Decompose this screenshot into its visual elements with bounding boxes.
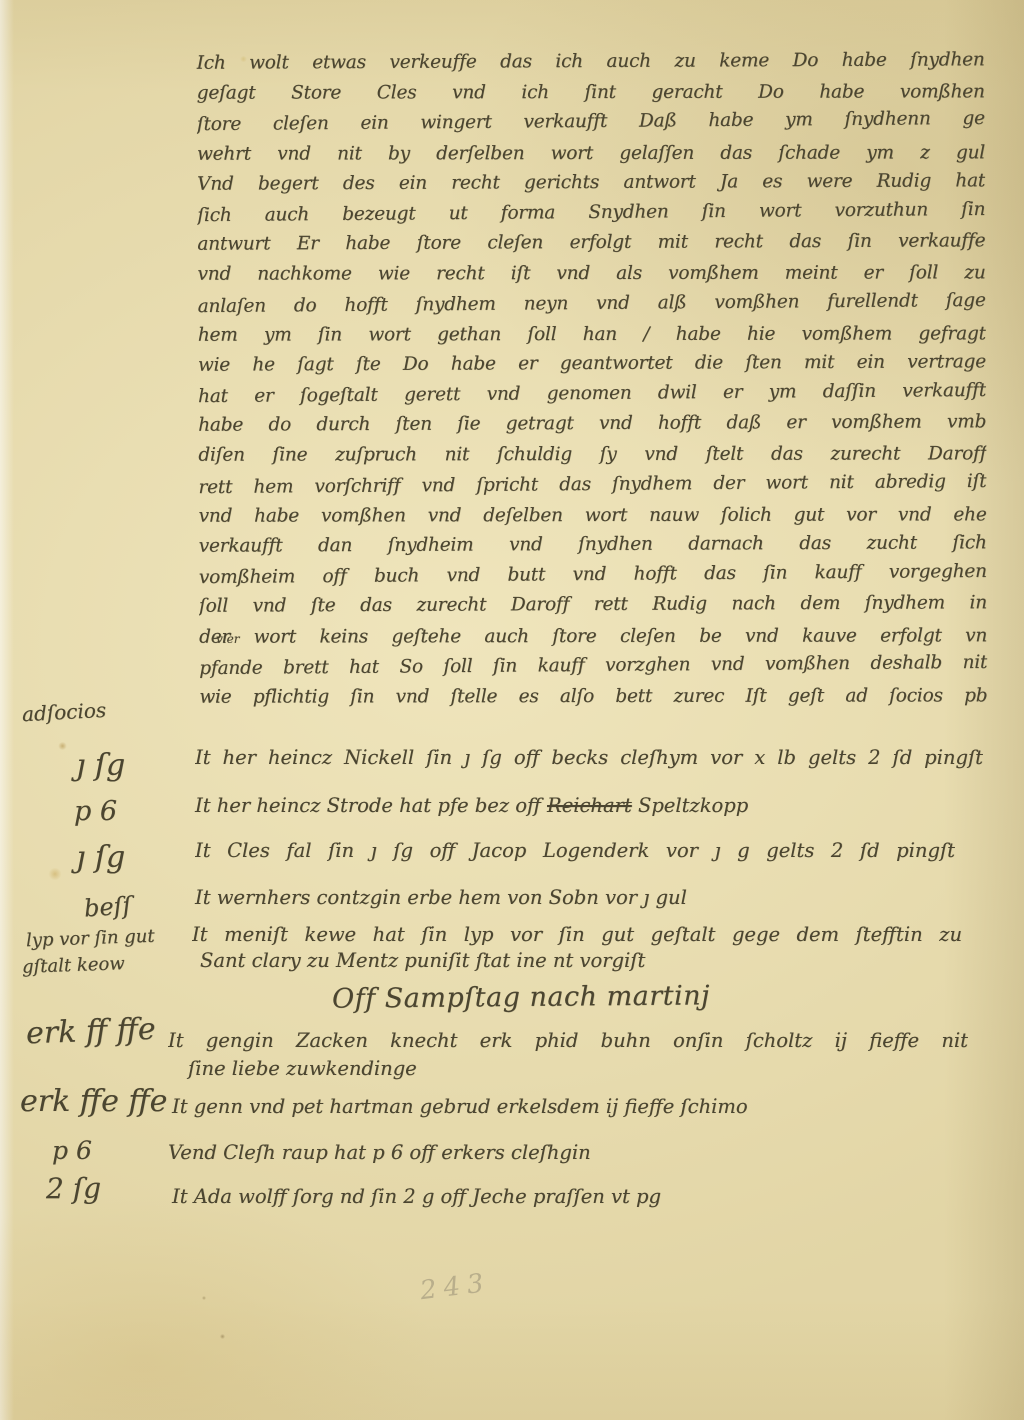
margin-note-erk: erk ffe ffe	[20, 1084, 167, 1119]
entry-text-pre: It her heincz Strode hat pfe bez off	[195, 794, 547, 817]
text-line: hem ym ſin wort gethan ſoll han / habe h…	[198, 319, 986, 351]
text-line: Ich wolt etwas verkeuffe das ich auch zu…	[197, 45, 985, 79]
text-line: vnd nachkome wie recht iſt vnd als vomßh…	[198, 259, 986, 291]
text-line: pfande brett hat So ſoll ſin kauff vorzg…	[199, 648, 987, 684]
margin-note-amount: p 6	[74, 796, 117, 827]
text-line: diſen ſine zuſpruch nit ſchuldig ſy vnd …	[198, 440, 986, 472]
text-line: vomßheim off buch vnd butt vnd hofft das…	[199, 557, 987, 593]
text-line: ſoll vnd ſte das zurecht Daroff rett Rud…	[199, 589, 987, 623]
text-line: hat er ſogeſtalt gerett vnd genomen dwil…	[198, 376, 986, 412]
margin-note-amount: ȷ ſg	[76, 840, 125, 875]
margin-note-bess: beſſ	[83, 891, 132, 922]
parchment-stain	[202, 1296, 206, 1300]
entry-line: It gengin Zacken knecht erk phid buhn on…	[168, 1028, 968, 1056]
entry-line: It her heincz Strode hat pfe bez off Rei…	[195, 793, 748, 819]
entry-line: ſine liebe zuwkendinge	[188, 1056, 417, 1082]
parchment-stain	[58, 742, 67, 750]
text-line: habe do durch ſten ſie getragt vnd hofft…	[198, 408, 986, 442]
margin-note-amount: p 6	[52, 1136, 92, 1165]
text-line: wehrt vnd nit by derſelben wort gelaſſen…	[197, 138, 985, 170]
text-line: ſich auch bezeugt ut forma Snydhen ſin w…	[197, 195, 985, 231]
margin-note-erk: erk ff ffe	[25, 1012, 156, 1052]
text-line: anlaſen do hofft ſnydhem neyn vnd alß vo…	[198, 285, 986, 321]
strikethrough-word: Reichart	[547, 794, 632, 817]
text-line: rett hem vorſchriff vnd ſpricht das ſnyd…	[198, 467, 986, 503]
text-line: vnd habe vomßhen vnd deſelben wort nauw …	[199, 500, 987, 532]
manuscript-page: Ich wolt etwas verkeuffe das ich auch zu…	[0, 0, 1024, 1420]
entry-line: It Cles fal ſin ȷ ſg off Jacop Logenderk…	[195, 838, 955, 866]
text-line: Vnd begert des ein recht gerichts antwor…	[197, 166, 985, 200]
text-line: wie pflichtig ſin vnd ſtelle es alſo bet…	[199, 681, 987, 713]
margin-note-amount: 2 ſg	[46, 1172, 101, 1205]
margin-note-lyp-line2: gſtalt keow	[22, 953, 125, 978]
entry-line: It genn vnd pet hartman gebrud erkelsdem…	[172, 1094, 748, 1120]
margin-note-adsocios: adſocios	[21, 698, 106, 726]
section-heading: Off Sampſtag nach martinj	[332, 980, 710, 1014]
entry-line: It her heincz Nickell ſin ȷ ſg off becks…	[195, 745, 983, 773]
entry-line: Sant clary zu Mentz puniſit ſtat ine nt …	[200, 948, 645, 974]
margin-note-lyp-line1: lyp vor ſin gut	[26, 926, 155, 951]
parchment-stain	[48, 868, 62, 880]
interlinear-note: vier	[216, 633, 239, 645]
entry-text-post: Speltzkopp	[632, 794, 748, 817]
pencil-folio-number: 243	[418, 1268, 492, 1306]
margin-note-amount: ȷ ſg	[76, 748, 125, 783]
text-line: der wort keins geſtehe auch ſtore cleſen…	[199, 621, 987, 653]
parchment-stain	[220, 1334, 225, 1339]
text-line: wie he ſagt ſte Do habe er geantwortet d…	[198, 347, 986, 381]
main-text-block: Ich wolt etwas verkeuffe das ich auch zu…	[197, 45, 988, 713]
entry-line: It wernhers contzgin erbe hem von Sobn v…	[195, 885, 687, 911]
text-line: antwurt Er habe ſtore cleſen erfolgt mit…	[197, 226, 985, 260]
entry-line: Vend Cleſh raup hat p 6 off erkers cleſh…	[168, 1140, 591, 1166]
entry-line: It meniſt kewe hat ſin lyp vor ſin gut g…	[192, 922, 962, 950]
text-line: ſtore cleſen ein wingert verkaufft Daß h…	[197, 104, 985, 140]
entry-line: It Ada wolff ſorg nd ſin 2 g off Jeche p…	[172, 1184, 661, 1210]
